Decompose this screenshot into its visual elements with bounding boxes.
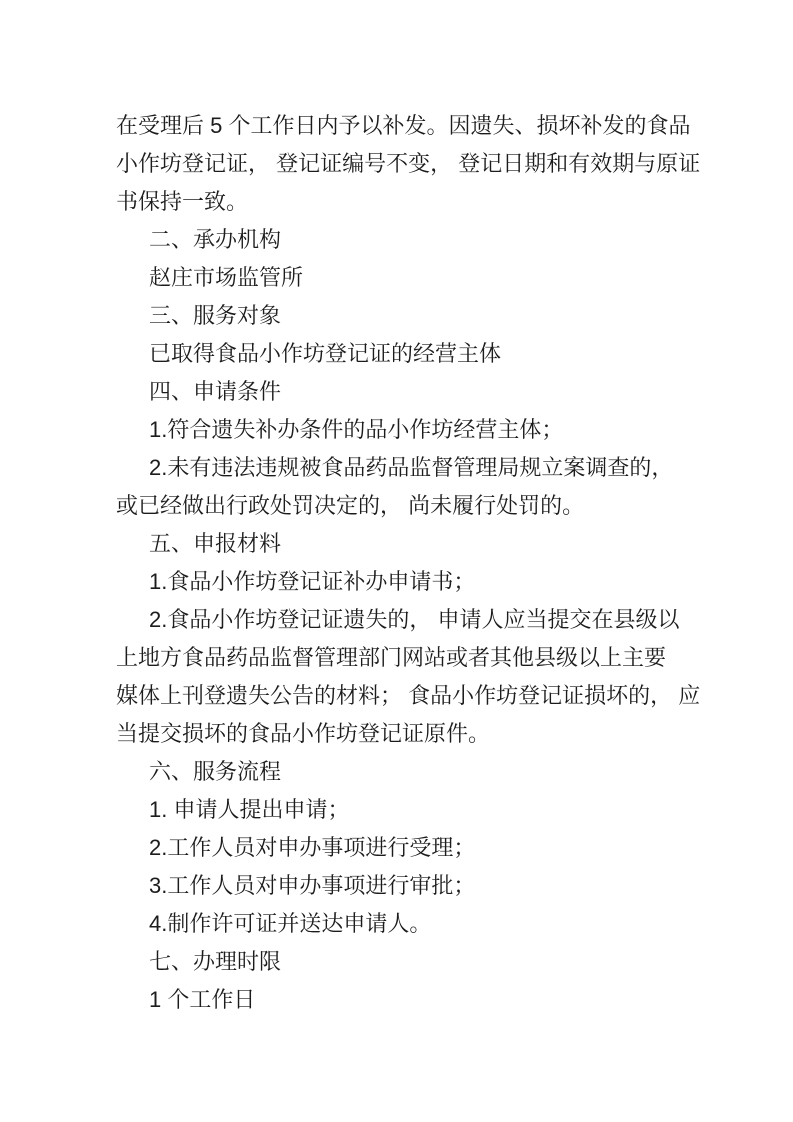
text-line: 2.未有违法违规被食品药品监督管理局规立案调查的， [116, 449, 674, 487]
text-line: 3.工作人员对申办事项进行审批； [116, 867, 674, 905]
document-page: 在受理后 5 个工作日内予以补发。因遗失、损坏补发的食品小作坊登记证， 登记证编… [0, 0, 793, 1122]
text-line: 小作坊登记证， 登记证编号不变， 登记日期和有效期与原证 [116, 145, 674, 183]
text-line: 1.食品小作坊登记证补办申请书； [116, 563, 674, 601]
text-line: 当提交损坏的食品小作坊登记证原件。 [116, 715, 674, 753]
text-line: 4.制作许可证并送达申请人。 [116, 905, 674, 943]
text-line: 2.工作人员对申办事项进行受理； [116, 829, 674, 867]
text-line: 2.食品小作坊登记证遗失的， 申请人应当提交在县级以 [116, 601, 674, 639]
document-body: 在受理后 5 个工作日内予以补发。因遗失、损坏补发的食品小作坊登记证， 登记证编… [116, 107, 674, 1019]
text-line: 1. 申请人提出申请； [116, 791, 674, 829]
text-line: 二、承办机构 [116, 221, 674, 259]
text-line: 书保持一致。 [116, 183, 674, 221]
text-line: 三、服务对象 [116, 297, 674, 335]
text-line: 赵庄市场监管所 [116, 259, 674, 297]
text-line: 六、服务流程 [116, 753, 674, 791]
text-line: 1 个工作日 [116, 981, 674, 1019]
text-line: 五、申报材料 [116, 525, 674, 563]
text-line: 已取得食品小作坊登记证的经营主体 [116, 335, 674, 373]
text-line: 媒体上刊登遗失公告的材料； 食品小作坊登记证损坏的， 应 [116, 677, 674, 715]
text-line: 上地方食品药品监督管理部门网站或者其他县级以上主要 [116, 639, 674, 677]
text-line: 在受理后 5 个工作日内予以补发。因遗失、损坏补发的食品 [116, 107, 674, 145]
text-line: 七、办理时限 [116, 943, 674, 981]
text-line: 1.符合遗失补办条件的品小作坊经营主体； [116, 411, 674, 449]
text-line: 或已经做出行政处罚决定的， 尚未履行处罚的。 [116, 487, 674, 525]
text-line: 四、申请条件 [116, 373, 674, 411]
